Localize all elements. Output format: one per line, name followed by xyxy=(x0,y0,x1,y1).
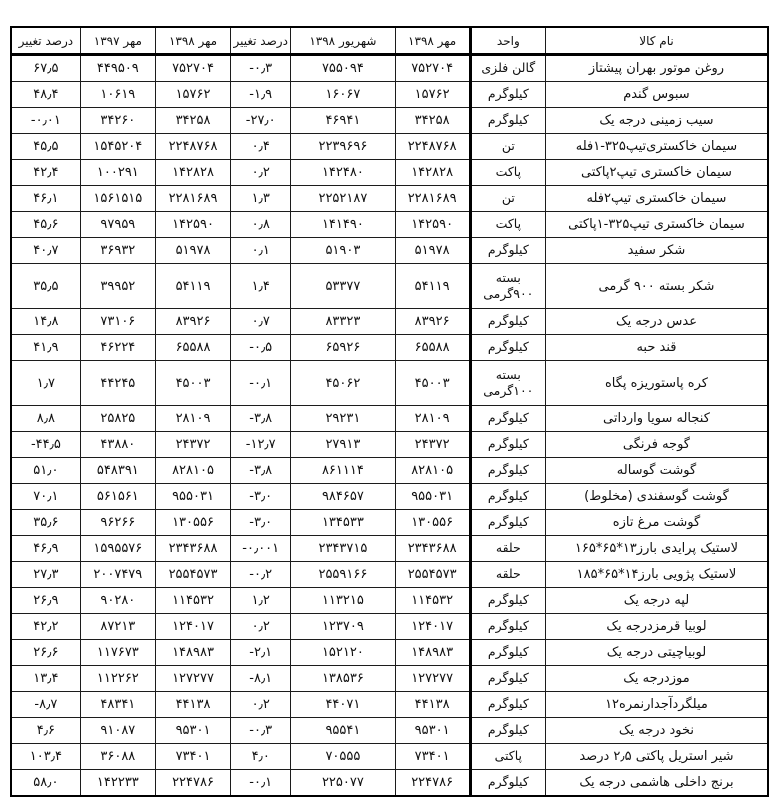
table-row: سبوس گندمکیلوگرم۱۵۷۶۲۱۶۰۶۷-۱٫۹۱۵۷۶۲۱۰۶۱۹… xyxy=(11,82,768,108)
pct-change-month-cell: ۱٫۴ xyxy=(231,264,291,309)
table-row: شکر سفیدکیلوگرم۵۱۹۷۸۵۱۹۰۳۰٫۱۵۱۹۷۸۳۶۹۳۲۴۰… xyxy=(11,238,768,264)
price-mehr-1398-cell: ۲۵۵۴۵۷۳ xyxy=(395,562,470,588)
table-row: گوجه فرنگیکیلوگرم۲۴۳۷۲۲۷۹۱۳-۱۲٫۷۲۴۳۷۲۴۳۸… xyxy=(11,432,768,458)
product-name-cell: شیر استریل پاکتی ۲٫۵ درصد xyxy=(545,744,768,770)
price-shahrivar-1398-cell: ۲۷۹۱۳ xyxy=(291,432,395,458)
price-mehr-1397-cell: ۷۳۱۰۶ xyxy=(80,309,155,335)
price-mehr-1398-cell: ۲۸۱۰۹ xyxy=(155,406,230,432)
table-row: سیب زمینی درجه یککیلوگرم۳۴۲۵۸۴۶۹۴۱-۲۷٫۰۳… xyxy=(11,108,768,134)
pct-change-month-cell: ۴٫۰ xyxy=(231,744,291,770)
pct-change-month-cell: -۰٫۳ xyxy=(231,55,291,82)
col-header-mehr-1398: مهر ۱۳۹۸ xyxy=(395,27,470,55)
price-shahrivar-1398-cell: ۸۶۱۱۱۴ xyxy=(291,458,395,484)
price-shahrivar-1398-cell: ۴۵۰۶۲ xyxy=(291,361,395,406)
price-mehr-1398-cell: ۲۳۴۳۶۸۸ xyxy=(155,536,230,562)
price-shahrivar-1398-cell: ۹۸۴۶۵۷ xyxy=(291,484,395,510)
product-name-cell: برنج داخلی هاشمی درجه یک xyxy=(545,770,768,797)
table-row: لوبیاچیتی درجه یککیلوگرم۱۴۸۹۸۳۱۵۲۱۲۰-۲٫۱… xyxy=(11,640,768,666)
price-mehr-1398-cell: ۲۴۳۷۲ xyxy=(395,432,470,458)
product-name-cell: کنجاله سویا وارداتی xyxy=(545,406,768,432)
pct-change-year-cell: ۴٫۶ xyxy=(11,718,80,744)
pct-change-month-cell: -۳٫۸ xyxy=(231,406,291,432)
product-name-cell: کره پاستوریزه پگاه xyxy=(545,361,768,406)
price-mehr-1398-cell: ۸۲۸۱۰۵ xyxy=(395,458,470,484)
pct-change-month-cell: -۰٫۵ xyxy=(231,335,291,361)
pct-change-month-cell: -۳٫۰ xyxy=(231,510,291,536)
price-mehr-1398-cell: ۱۲۷۲۷۷ xyxy=(395,666,470,692)
price-mehr-1398-cell: ۲۲۸۱۶۸۹ xyxy=(395,186,470,212)
price-mehr-1398-cell: ۸۳۹۲۶ xyxy=(155,309,230,335)
unit-cell: تن xyxy=(470,186,545,212)
price-shahrivar-1398-cell: ۱۶۰۶۷ xyxy=(291,82,395,108)
product-name-cell: لوبیا قرمزدرجه یک xyxy=(545,614,768,640)
pct-change-year-cell: ۱٫۷ xyxy=(11,361,80,406)
unit-cell: کیلوگرم xyxy=(470,335,545,361)
price-shahrivar-1398-cell: ۲۳۴۳۷۱۵ xyxy=(291,536,395,562)
product-name-cell: قند حبه xyxy=(545,335,768,361)
price-mehr-1398-cell: ۱۳۰۵۵۶ xyxy=(395,510,470,536)
price-mehr-1398-cell: ۸۲۸۱۰۵ xyxy=(155,458,230,484)
product-name-cell: گوشت گوساله xyxy=(545,458,768,484)
price-mehr-1398-cell: ۱۴۲۸۲۸ xyxy=(395,160,470,186)
unit-cell: کیلوگرم xyxy=(470,640,545,666)
pct-change-year-cell: ۱۴٫۸ xyxy=(11,309,80,335)
pct-change-year-cell: ۱۰۳٫۴ xyxy=(11,744,80,770)
pct-change-year-cell: -۰٫۰۱ xyxy=(11,108,80,134)
price-mehr-1397-cell: ۴۴۹۵۰۹ xyxy=(80,55,155,82)
unit-cell: بسته ۱۰۰گرمی xyxy=(470,361,545,406)
pct-change-year-cell: ۳۵٫۶ xyxy=(11,510,80,536)
pct-change-month-cell: -۳٫۰ xyxy=(231,484,291,510)
table-row: کره پاستوریزه پگاهبسته ۱۰۰گرمی۴۵۰۰۳۴۵۰۶۲… xyxy=(11,361,768,406)
pct-change-year-cell: ۶۷٫۵ xyxy=(11,55,80,82)
table-body: روغن موتور بهران پیشتازگالن فلزی۷۵۲۷۰۴۷۵… xyxy=(11,55,768,797)
price-mehr-1397-cell: ۹۶۲۶۶ xyxy=(80,510,155,536)
price-mehr-1398-cell: ۵۱۹۷۸ xyxy=(155,238,230,264)
pct-change-year-cell: ۵۱٫۰ xyxy=(11,458,80,484)
price-mehr-1398-cell: ۱۴۲۸۲۸ xyxy=(155,160,230,186)
product-name-cell: سیمان خاکستری‌تیپ۳۲۵-۱فله xyxy=(545,134,768,160)
price-mehr-1397-cell: ۱۱۲۲۶۲ xyxy=(80,666,155,692)
unit-cell: کیلوگرم xyxy=(470,458,545,484)
pct-change-year-cell: ۴۰٫۷ xyxy=(11,238,80,264)
table-row: برنج داخلی هاشمی درجه یککیلوگرم۲۲۴۷۸۶۲۲۵… xyxy=(11,770,768,797)
price-mehr-1398-cell: ۲۲۴۸۷۶۸ xyxy=(395,134,470,160)
price-mehr-1397-cell: ۱۴۲۲۳۳ xyxy=(80,770,155,797)
unit-cell: پاکتی xyxy=(470,744,545,770)
pct-change-month-cell: -۰٫۲ xyxy=(231,562,291,588)
price-mehr-1398-cell: ۹۵۵۰۳۱ xyxy=(395,484,470,510)
price-mehr-1398-cell: ۴۵۰۰۳ xyxy=(395,361,470,406)
pct-change-year-cell: ۴۸٫۴ xyxy=(11,82,80,108)
table-row: گوشت گوسالهکیلوگرم۸۲۸۱۰۵۸۶۱۱۱۴-۳٫۸۸۲۸۱۰۵… xyxy=(11,458,768,484)
unit-cell: کیلوگرم xyxy=(470,718,545,744)
price-mehr-1398-cell: ۲۵۵۴۵۷۳ xyxy=(155,562,230,588)
unit-cell: کیلوگرم xyxy=(470,484,545,510)
table-row: روغن موتور بهران پیشتازگالن فلزی۷۵۲۷۰۴۷۵… xyxy=(11,55,768,82)
pct-change-month-cell: ۰٫۲ xyxy=(231,614,291,640)
price-shahrivar-1398-cell: ۷۰۵۵۵ xyxy=(291,744,395,770)
unit-cell: کیلوگرم xyxy=(470,238,545,264)
price-mehr-1397-cell: ۱۰۶۱۹ xyxy=(80,82,155,108)
pct-change-month-cell: -۳٫۸ xyxy=(231,458,291,484)
price-mehr-1398-cell: ۶۵۵۸۸ xyxy=(395,335,470,361)
pct-change-month-cell: -۰٫۰۰۱ xyxy=(231,536,291,562)
header-row: نام کالا واحد مهر ۱۳۹۸ شهریور ۱۳۹۸ درصد … xyxy=(11,27,768,55)
price-mehr-1397-cell: ۱۵۹۵۵۷۶ xyxy=(80,536,155,562)
unit-cell: کیلوگرم xyxy=(470,82,545,108)
pct-change-year-cell: ۴۱٫۹ xyxy=(11,335,80,361)
price-mehr-1398-cell: ۲۴۳۷۲ xyxy=(155,432,230,458)
table-row: لاستیک پژویی بارز۱۴*۶۵*۱۸۵حلقه۲۵۵۴۵۷۳۲۵۵… xyxy=(11,562,768,588)
table-row: گوشت مرغ تازهکیلوگرم۱۳۰۵۵۶۱۳۴۵۳۳-۳٫۰۱۳۰۵… xyxy=(11,510,768,536)
unit-cell: تن xyxy=(470,134,545,160)
price-mehr-1397-cell: ۲۰۰۷۴۷۹ xyxy=(80,562,155,588)
col-header-pct-change-month: درصد تغییر xyxy=(231,27,291,55)
unit-cell: کیلوگرم xyxy=(470,406,545,432)
pct-change-month-cell: -۰٫۱ xyxy=(231,361,291,406)
price-shahrivar-1398-cell: ۶۵۹۲۶ xyxy=(291,335,395,361)
unit-cell: حلقه xyxy=(470,536,545,562)
pct-change-year-cell: ۴۲٫۲ xyxy=(11,614,80,640)
pct-change-month-cell: ۰٫۲ xyxy=(231,692,291,718)
price-shahrivar-1398-cell: ۲۲۵۲۱۸۷ xyxy=(291,186,395,212)
pct-change-month-cell: ۰٫۴ xyxy=(231,134,291,160)
price-mehr-1398-cell: ۹۵۳۰۱ xyxy=(155,718,230,744)
price-mehr-1398-cell: ۷۳۴۰۱ xyxy=(155,744,230,770)
price-mehr-1398-cell: ۴۴۱۳۸ xyxy=(395,692,470,718)
price-mehr-1397-cell: ۳۹۹۵۲ xyxy=(80,264,155,309)
table-row: کنجاله سویا وارداتیکیلوگرم۲۸۱۰۹۲۹۲۳۱-۳٫۸… xyxy=(11,406,768,432)
document-page: نام کالا واحد مهر ۱۳۹۸ شهریور ۱۳۹۸ درصد … xyxy=(0,0,779,800)
pct-change-year-cell: ۴۵٫۵ xyxy=(11,134,80,160)
price-mehr-1397-cell: ۱۵۴۵۲۰۴ xyxy=(80,134,155,160)
pct-change-year-cell: ۸٫۸ xyxy=(11,406,80,432)
price-mehr-1398-cell: ۱۲۷۲۷۷ xyxy=(155,666,230,692)
col-header-shahrivar-1398: شهریور ۱۳۹۸ xyxy=(291,27,395,55)
col-header-product-name: نام کالا xyxy=(545,27,768,55)
price-shahrivar-1398-cell: ۷۵۵۰۹۴ xyxy=(291,55,395,82)
price-mehr-1397-cell: ۱۰۰۲۹۱ xyxy=(80,160,155,186)
price-mehr-1398-cell: ۲۲۴۷۸۶ xyxy=(395,770,470,797)
col-header-unit: واحد xyxy=(470,27,545,55)
product-name-cell: سیمان خاکستری تیپ۲فله xyxy=(545,186,768,212)
price-mehr-1397-cell: ۴۸۳۴۱ xyxy=(80,692,155,718)
table-row: نخود درجه یککیلوگرم۹۵۳۰۱۹۵۵۴۱-۰٫۳۹۵۳۰۱۹۱… xyxy=(11,718,768,744)
price-mehr-1398-cell: ۲۳۴۳۶۸۸ xyxy=(395,536,470,562)
price-mehr-1397-cell: ۹۷۹۵۹ xyxy=(80,212,155,238)
price-shahrivar-1398-cell: ۱۴۱۴۹۰ xyxy=(291,212,395,238)
price-mehr-1397-cell: ۸۷۲۱۳ xyxy=(80,614,155,640)
price-mehr-1397-cell: ۱۱۷۶۷۳ xyxy=(80,640,155,666)
price-mehr-1398-cell: ۷۳۴۰۱ xyxy=(395,744,470,770)
pct-change-month-cell: -۱۲٫۷ xyxy=(231,432,291,458)
product-name-cell: لپه درجه یک xyxy=(545,588,768,614)
pct-change-year-cell: ۲۶٫۶ xyxy=(11,640,80,666)
price-mehr-1398-cell: ۵۴۱۱۹ xyxy=(395,264,470,309)
col-header-pct-change-year: درصد تغییر xyxy=(11,27,80,55)
price-shahrivar-1398-cell: ۲۹۲۳۱ xyxy=(291,406,395,432)
pct-change-month-cell: -۲۷٫۰ xyxy=(231,108,291,134)
price-mehr-1398-cell: ۹۵۵۰۳۱ xyxy=(155,484,230,510)
price-mehr-1398-cell: ۵۴۱۱۹ xyxy=(155,264,230,309)
price-mehr-1398-cell: ۱۲۴۰۱۷ xyxy=(155,614,230,640)
price-shahrivar-1398-cell: ۱۴۲۴۸۰ xyxy=(291,160,395,186)
price-mehr-1398-cell: ۳۴۲۵۸ xyxy=(155,108,230,134)
table-row: سیمان خاکستری‌تیپ۳۲۵-۱فلهتن۲۲۴۸۷۶۸۲۲۳۹۶۹… xyxy=(11,134,768,160)
price-mehr-1397-cell: ۳۴۲۶۰ xyxy=(80,108,155,134)
price-mehr-1398-cell: ۷۵۲۷۰۴ xyxy=(155,55,230,82)
price-mehr-1397-cell: ۹۰۲۸۰ xyxy=(80,588,155,614)
price-mehr-1397-cell: ۳۶۰۸۸ xyxy=(80,744,155,770)
price-mehr-1398-cell: ۱۴۲۵۹۰ xyxy=(395,212,470,238)
pct-change-year-cell: ۵۸٫۰ xyxy=(11,770,80,797)
product-name-cell: میلگردآجدارنمره۱۲ xyxy=(545,692,768,718)
pct-change-year-cell: -۴۴٫۵ xyxy=(11,432,80,458)
product-name-cell: لاستیک پژویی بارز۱۴*۶۵*۱۸۵ xyxy=(545,562,768,588)
price-shahrivar-1398-cell: ۴۴۰۷۱ xyxy=(291,692,395,718)
price-mehr-1398-cell: ۱۴۸۹۸۳ xyxy=(155,640,230,666)
pct-change-year-cell: ۲۶٫۹ xyxy=(11,588,80,614)
price-mehr-1398-cell: ۹۵۳۰۱ xyxy=(395,718,470,744)
table-row: سیمان خاکستری تیپ۲فلهتن۲۲۸۱۶۸۹۲۲۵۲۱۸۷۱٫۳… xyxy=(11,186,768,212)
table-row: قند حبهکیلوگرم۶۵۵۸۸۶۵۹۲۶-۰٫۵۶۵۵۸۸۴۶۲۲۴۴۱… xyxy=(11,335,768,361)
price-shahrivar-1398-cell: ۹۵۵۴۱ xyxy=(291,718,395,744)
price-mehr-1398-cell: ۳۴۲۵۸ xyxy=(395,108,470,134)
price-mehr-1397-cell: ۲۵۸۲۵ xyxy=(80,406,155,432)
price-mehr-1397-cell: ۴۳۸۸۰ xyxy=(80,432,155,458)
price-mehr-1398-cell: ۱۲۴۰۱۷ xyxy=(395,614,470,640)
price-mehr-1398-cell: ۱۱۴۵۳۲ xyxy=(395,588,470,614)
price-comparison-table: نام کالا واحد مهر ۱۳۹۸ شهریور ۱۳۹۸ درصد … xyxy=(10,26,769,797)
price-shahrivar-1398-cell: ۱۱۳۲۱۵ xyxy=(291,588,395,614)
price-mehr-1398-cell: ۵۱۹۷۸ xyxy=(395,238,470,264)
price-shahrivar-1398-cell: ۲۲۳۹۶۹۶ xyxy=(291,134,395,160)
pct-change-month-cell: -۰٫۱ xyxy=(231,770,291,797)
table-row: لوبیا قرمزدرجه یککیلوگرم۱۲۴۰۱۷۱۲۳۷۰۹۰٫۲۱… xyxy=(11,614,768,640)
pct-change-month-cell: ۰٫۸ xyxy=(231,212,291,238)
price-mehr-1397-cell: ۵۴۸۳۹۱ xyxy=(80,458,155,484)
price-shahrivar-1398-cell: ۵۱۹۰۳ xyxy=(291,238,395,264)
pct-change-month-cell: ۱٫۳ xyxy=(231,186,291,212)
pct-change-year-cell: ۴۲٫۴ xyxy=(11,160,80,186)
unit-cell: پاکت xyxy=(470,212,545,238)
price-mehr-1398-cell: ۴۴۱۳۸ xyxy=(155,692,230,718)
pct-change-year-cell: ۲۷٫۳ xyxy=(11,562,80,588)
price-mehr-1398-cell: ۱۵۷۶۲ xyxy=(155,82,230,108)
unit-cell: کیلوگرم xyxy=(470,614,545,640)
product-name-cell: گوجه فرنگی xyxy=(545,432,768,458)
pct-change-year-cell: ۳۵٫۵ xyxy=(11,264,80,309)
product-name-cell: سبوس گندم xyxy=(545,82,768,108)
pct-change-month-cell: -۲٫۱ xyxy=(231,640,291,666)
table-row: موزدرجه یککیلوگرم۱۲۷۲۷۷۱۳۸۵۳۶-۸٫۱۱۲۷۲۷۷۱… xyxy=(11,666,768,692)
table-row: لاستیک پرایدی بارز۱۳*۶۵*۱۶۵حلقه۲۳۴۳۶۸۸۲۳… xyxy=(11,536,768,562)
table-row: میلگردآجدارنمره۱۲کیلوگرم۴۴۱۳۸۴۴۰۷۱۰٫۲۴۴۱… xyxy=(11,692,768,718)
price-mehr-1398-cell: ۴۵۰۰۳ xyxy=(155,361,230,406)
unit-cell: کیلوگرم xyxy=(470,309,545,335)
price-mehr-1397-cell: ۳۶۹۳۲ xyxy=(80,238,155,264)
table-row: سیمان خاکستری تیپ۳۲۵-۱پاکتیپاکت۱۴۲۵۹۰۱۴۱… xyxy=(11,212,768,238)
unit-cell: کیلوگرم xyxy=(470,588,545,614)
product-name-cell: سیمان خاکستری تیپ۳۲۵-۱پاکتی xyxy=(545,212,768,238)
pct-change-month-cell: ۰٫۱ xyxy=(231,238,291,264)
price-shahrivar-1398-cell: ۱۳۴۵۳۳ xyxy=(291,510,395,536)
pct-change-year-cell: -۸٫۷ xyxy=(11,692,80,718)
price-mehr-1397-cell: ۴۴۲۴۵ xyxy=(80,361,155,406)
unit-cell: کیلوگرم xyxy=(470,510,545,536)
product-name-cell: موزدرجه یک xyxy=(545,666,768,692)
unit-cell: حلقه xyxy=(470,562,545,588)
price-shahrivar-1398-cell: ۱۳۸۵۳۶ xyxy=(291,666,395,692)
price-mehr-1398-cell: ۲۲۴۸۷۶۸ xyxy=(155,134,230,160)
unit-cell: گالن فلزی xyxy=(470,55,545,82)
pct-change-month-cell: -۱٫۹ xyxy=(231,82,291,108)
price-shahrivar-1398-cell: ۱۵۲۱۲۰ xyxy=(291,640,395,666)
col-header-mehr-1398-repeat: مهر ۱۳۹۸ xyxy=(155,27,230,55)
pct-change-month-cell: -۸٫۱ xyxy=(231,666,291,692)
price-mehr-1398-cell: ۱۳۰۵۵۶ xyxy=(155,510,230,536)
price-mehr-1397-cell: ۵۶۱۵۶۱ xyxy=(80,484,155,510)
price-mehr-1398-cell: ۶۵۵۸۸ xyxy=(155,335,230,361)
price-mehr-1398-cell: ۲۲۴۷۸۶ xyxy=(155,770,230,797)
pct-change-month-cell: ۰٫۲ xyxy=(231,160,291,186)
price-shahrivar-1398-cell: ۴۶۹۴۱ xyxy=(291,108,395,134)
table-row: شکر بسته ۹۰۰ گرمیبسته ۹۰۰گرمی۵۴۱۱۹۵۳۳۷۷۱… xyxy=(11,264,768,309)
unit-cell: کیلوگرم xyxy=(470,108,545,134)
pct-change-year-cell: ۴۵٫۶ xyxy=(11,212,80,238)
product-name-cell: شکر بسته ۹۰۰ گرمی xyxy=(545,264,768,309)
product-name-cell: لاستیک پرایدی بارز۱۳*۶۵*۱۶۵ xyxy=(545,536,768,562)
pct-change-year-cell: ۴۶٫۱ xyxy=(11,186,80,212)
price-mehr-1397-cell: ۱۵۶۱۵۱۵ xyxy=(80,186,155,212)
price-shahrivar-1398-cell: ۲۲۵۰۷۷ xyxy=(291,770,395,797)
price-mehr-1398-cell: ۲۲۸۱۶۸۹ xyxy=(155,186,230,212)
pct-change-year-cell: ۷۰٫۱ xyxy=(11,484,80,510)
price-mehr-1398-cell: ۲۸۱۰۹ xyxy=(395,406,470,432)
unit-cell: کیلوگرم xyxy=(470,692,545,718)
unit-cell: کیلوگرم xyxy=(470,432,545,458)
price-shahrivar-1398-cell: ۵۳۳۷۷ xyxy=(291,264,395,309)
price-shahrivar-1398-cell: ۸۳۳۲۳ xyxy=(291,309,395,335)
product-name-cell: نخود درجه یک xyxy=(545,718,768,744)
table-row: عدس درجه یککیلوگرم۸۳۹۲۶۸۳۳۲۳۰٫۷۸۳۹۲۶۷۳۱۰… xyxy=(11,309,768,335)
price-shahrivar-1398-cell: ۱۲۳۷۰۹ xyxy=(291,614,395,640)
pct-change-year-cell: ۴۶٫۹ xyxy=(11,536,80,562)
pct-change-month-cell: ۰٫۷ xyxy=(231,309,291,335)
price-mehr-1397-cell: ۴۶۲۲۴ xyxy=(80,335,155,361)
product-name-cell: روغن موتور بهران پیشتاز xyxy=(545,55,768,82)
price-mehr-1397-cell: ۹۱۰۸۷ xyxy=(80,718,155,744)
product-name-cell: سیمان خاکستری تیپ۲پاکتی xyxy=(545,160,768,186)
pct-change-month-cell: -۰٫۳ xyxy=(231,718,291,744)
price-mehr-1398-cell: ۱۴۲۵۹۰ xyxy=(155,212,230,238)
price-mehr-1398-cell: ۱۱۴۵۳۲ xyxy=(155,588,230,614)
price-mehr-1398-cell: ۷۵۲۷۰۴ xyxy=(395,55,470,82)
table-row: شیر استریل پاکتی ۲٫۵ درصدپاکتی۷۳۴۰۱۷۰۵۵۵… xyxy=(11,744,768,770)
pct-change-year-cell: ۱۳٫۴ xyxy=(11,666,80,692)
table-row: گوشت گوسفندی (مخلوط)کیلوگرم۹۵۵۰۳۱۹۸۴۶۵۷-… xyxy=(11,484,768,510)
product-name-cell: عدس درجه یک xyxy=(545,309,768,335)
product-name-cell: گوشت گوسفندی (مخلوط) xyxy=(545,484,768,510)
price-shahrivar-1398-cell: ۲۵۵۹۱۶۶ xyxy=(291,562,395,588)
unit-cell: پاکت xyxy=(470,160,545,186)
product-name-cell: گوشت مرغ تازه xyxy=(545,510,768,536)
table-row: لپه درجه یککیلوگرم۱۱۴۵۳۲۱۱۳۲۱۵۱٫۲۱۱۴۵۳۲۹… xyxy=(11,588,768,614)
price-mehr-1398-cell: ۸۳۹۲۶ xyxy=(395,309,470,335)
table-row: سیمان خاکستری تیپ۲پاکتیپاکت۱۴۲۸۲۸۱۴۲۴۸۰۰… xyxy=(11,160,768,186)
product-name-cell: لوبیاچیتی درجه یک xyxy=(545,640,768,666)
price-mehr-1398-cell: ۱۵۷۶۲ xyxy=(395,82,470,108)
product-name-cell: شکر سفید xyxy=(545,238,768,264)
unit-cell: کیلوگرم xyxy=(470,666,545,692)
unit-cell: بسته ۹۰۰گرمی xyxy=(470,264,545,309)
price-mehr-1398-cell: ۱۴۸۹۸۳ xyxy=(395,640,470,666)
col-header-mehr-1397: مهر ۱۳۹۷ xyxy=(80,27,155,55)
pct-change-month-cell: ۱٫۲ xyxy=(231,588,291,614)
product-name-cell: سیب زمینی درجه یک xyxy=(545,108,768,134)
unit-cell: کیلوگرم xyxy=(470,770,545,797)
